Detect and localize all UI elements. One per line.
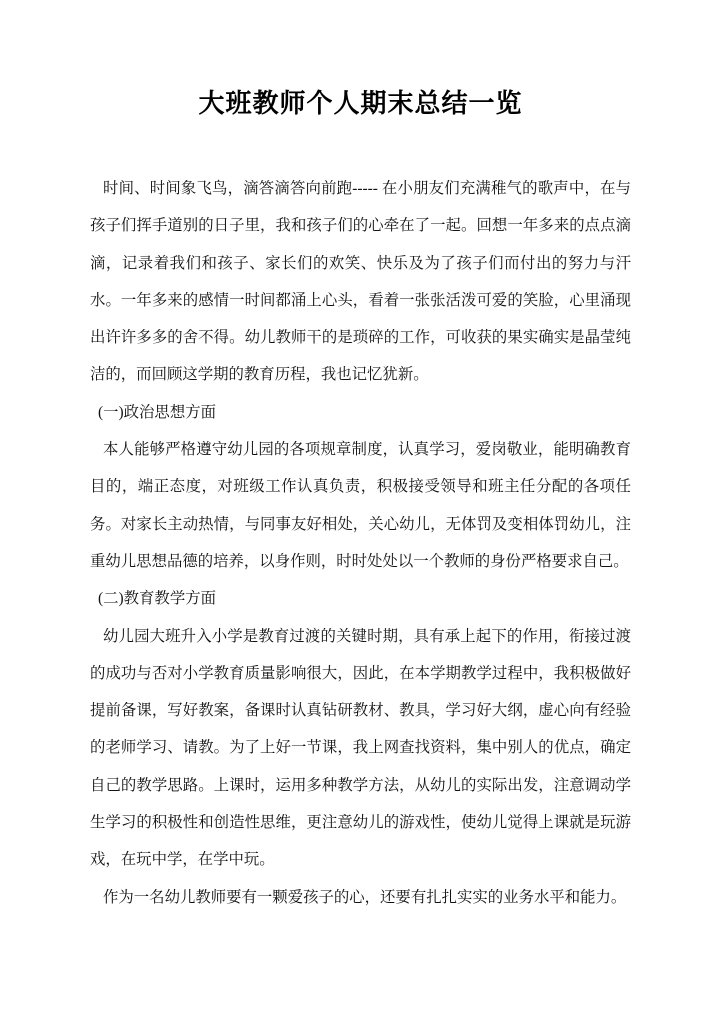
paragraph-education-teaching: 幼儿园大班升入小学是教育过渡的关键时期，具有承上起下的作用，衔接过渡的成功与否对… — [90, 618, 631, 879]
paragraph-political-thought: 本人能够严格遵守幼儿园的各项规章制度，认真学习，爱岗敬业，能明确教育目的，端正态… — [90, 431, 631, 580]
document-title: 大班教师个人期末总结一览 — [0, 0, 721, 122]
document-page: 大班教师个人期末总结一览 时间、时间象飞鸟，滴答滴答向前跑----- 在小朋友们… — [0, 0, 721, 1020]
section-heading-education-teaching: (二)教育教学方面 — [90, 580, 631, 617]
document-body: 时间、时间象飞鸟，滴答滴答向前跑----- 在小朋友们充满稚气的歌声中，在与孩子… — [90, 170, 631, 916]
section-heading-political-thought: (一)政治思想方面 — [90, 394, 631, 431]
paragraph-closing: 作为一名幼儿教师要有一颗爱孩子的心，还要有扎扎实实的业务水平和能力。 — [90, 879, 631, 916]
paragraph-intro: 时间、时间象飞鸟，滴答滴答向前跑----- 在小朋友们充满稚气的歌声中，在与孩子… — [90, 170, 631, 394]
